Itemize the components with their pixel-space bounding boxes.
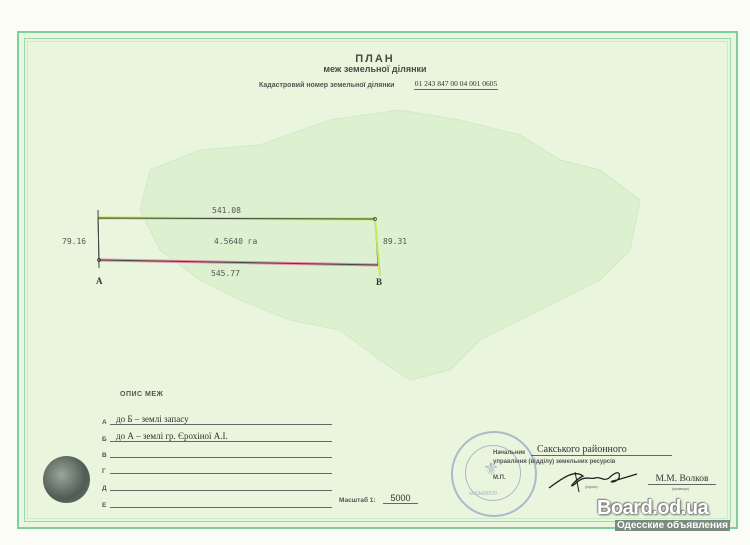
point-b-label: В xyxy=(376,277,382,287)
official-name: М.М. Волков xyxy=(648,474,716,485)
boundary-letter: Е xyxy=(102,502,106,509)
signature-caption: (підпис) xyxy=(585,485,598,489)
boundary-row: Бдо А – землі гр. Єрохіної А.І. xyxy=(102,431,332,443)
boundary-letter: А xyxy=(102,419,107,426)
top-length: 541.08 xyxy=(212,206,241,215)
boundary-letter: Б xyxy=(102,436,107,443)
boundary-value: до А – землі гр. Єрохіної А.І. xyxy=(116,431,228,441)
scale-value: 5000 xyxy=(383,493,418,504)
boundary-letter: Г xyxy=(102,468,106,475)
scale-label: Масштаб 1: xyxy=(339,497,376,504)
boundary-value: до Б – землі запасу xyxy=(116,414,189,424)
seal-number: №03426070 xyxy=(469,491,497,497)
stamp-label: М.П. xyxy=(493,475,506,481)
left-length: 79.16 xyxy=(62,237,86,246)
boundary-row: Д xyxy=(102,480,332,492)
boundary-row: Е xyxy=(102,497,332,509)
right-length: 89.31 xyxy=(383,237,407,246)
watermark-tagline: Одесские объявления xyxy=(615,520,730,531)
point-a-label: А xyxy=(96,276,103,286)
head-value: Сакського районного xyxy=(531,444,672,456)
name-caption: (прізвище) xyxy=(672,487,689,491)
boundary-row: В xyxy=(102,447,332,459)
hologram-sticker xyxy=(43,456,90,503)
boundary-letter: В xyxy=(102,452,107,459)
official-seal: ⚜ №03426070 xyxy=(451,431,537,517)
boundary-row: Г xyxy=(102,463,332,475)
boundaries-title: ОПИС МЕЖ xyxy=(120,391,163,398)
department-label: управління (відділу) земельних ресурсів xyxy=(493,459,615,465)
boundary-row: Адо Б – землі запасу xyxy=(102,414,332,426)
signature-icon xyxy=(545,466,640,494)
head-label: Начальник xyxy=(493,450,525,456)
boundary-letter: Д xyxy=(102,485,107,492)
bottom-length: 545.77 xyxy=(211,269,240,278)
plot-area: 4.5640 га xyxy=(214,237,258,246)
watermark-site: Board.od.ua xyxy=(597,497,708,520)
